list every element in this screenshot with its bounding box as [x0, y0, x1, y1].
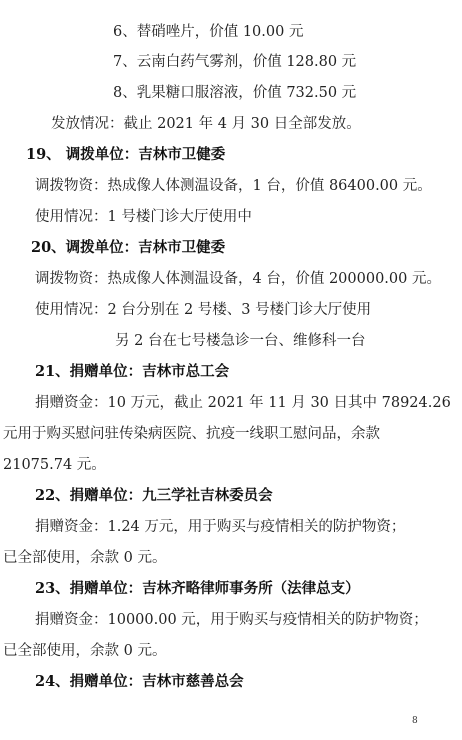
- section-heading: 21、捐赠单位：吉林市总工会: [35, 362, 229, 382]
- text-line: 另 2 台在七号楼急诊一台、维修科一台: [115, 331, 365, 351]
- text-line: 6、替硝唑片，价值 10.00 元: [113, 22, 303, 42]
- text-line: 使用情况：1 号楼门诊大厅使用中: [35, 207, 252, 227]
- text-line: 捐赠资金：10 万元，截止 2021 年 11 月 30 日其中 78924.2…: [35, 393, 451, 413]
- text-line: 8、乳果糖口服溶液，价值 732.50 元: [113, 83, 356, 103]
- text-line: 捐赠资金：10000.00 元，用于购买与疫情相关的防护物资；: [35, 610, 428, 630]
- text-line: 元用于购买慰问驻传染病医院、抗疫一线职工慰问品，余款: [3, 424, 380, 444]
- text-line: 已全部使用，余款 0 元。: [3, 641, 166, 661]
- text-line: 调拨物资：热成像人体测温设备，4 台，价值 200000.00 元。: [35, 269, 441, 289]
- text-line: 7、云南白药气雾剂，价值 128.80 元: [113, 52, 356, 72]
- section-heading: 22、捐赠单位：九三学社吉林委员会: [35, 486, 273, 506]
- text-line: 21075.74 元。: [3, 455, 106, 475]
- section-heading: 19、 调拨单位：吉林市卫健委: [26, 145, 225, 165]
- section-heading: 20、调拨单位：吉林市卫健委: [31, 238, 225, 258]
- page-number: 8: [412, 716, 418, 726]
- text-line: 使用情况：2 台分别在 2 号楼、3 号楼门诊大厅使用: [35, 300, 371, 320]
- text-line: 调拨物资：热成像人体测温设备，1 台，价值 86400.00 元。: [35, 176, 432, 196]
- text-line: 发放情况：截止 2021 年 4 月 30 日全部发放。: [51, 114, 361, 134]
- text-line: 捐赠资金：1.24 万元，用于购买与疫情相关的防护物资；: [35, 517, 405, 537]
- text-line: 已全部使用，余款 0 元。: [3, 548, 166, 568]
- section-heading: 24、捐赠单位：吉林市慈善总会: [35, 672, 244, 692]
- section-heading: 23、捐赠单位：吉林齐略律师事务所（法律总支）: [35, 579, 360, 599]
